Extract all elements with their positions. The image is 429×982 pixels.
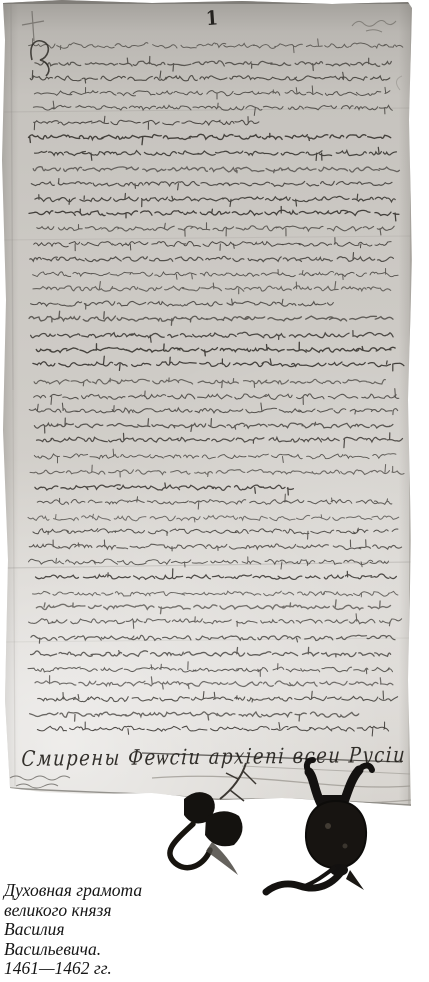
figure-caption: Духовная грамота великого князя Василия …	[4, 881, 204, 979]
right-seal-highlight	[325, 823, 331, 829]
left-wax-seal	[170, 763, 256, 875]
right-seal-tail-cord	[266, 868, 344, 892]
right-seal-highlight	[343, 844, 348, 849]
caption-line: Духовная грамота	[4, 881, 204, 901]
book-page: 1 Смирены Феѡсіи архіепі всеи Русіи	[0, 0, 429, 982]
caption-line: Васильевича.	[4, 940, 204, 960]
right-seal-tail-point	[346, 870, 364, 890]
left-seal-lower-cone	[205, 811, 243, 846]
right-seal-round-body	[306, 801, 366, 868]
wax-seals	[0, 0, 429, 982]
caption-line: великого князя	[4, 901, 204, 921]
right-wax-seal	[266, 760, 372, 892]
caption-line: Василия	[4, 920, 204, 940]
document-photo: 1 Смирены Феѡсіи архіепі всеи Русіи	[0, 0, 429, 982]
left-seal-tail	[206, 842, 238, 875]
left-seal-cord	[220, 763, 256, 801]
left-seal-cord-loop	[170, 824, 210, 868]
caption-line: 1461—1462 гг.	[4, 959, 204, 979]
